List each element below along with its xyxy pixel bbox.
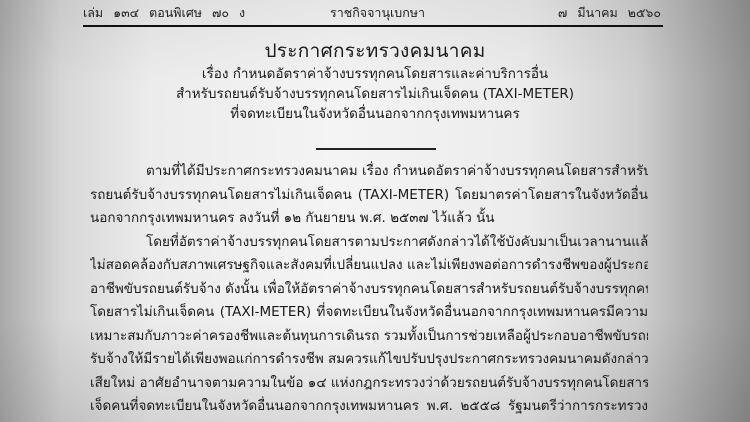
paragraph-1-line: ตามที่ได้มีประกาศกระทรวงคมนาคม เรื่อง กำ…: [90, 160, 648, 184]
paragraph-2-line: รับจ้างให้มีรายได้เพียงพอแก่การดำรงชีพ ส…: [90, 348, 648, 372]
header-date: ๗มีนาคม๒๕๖๐: [548, 2, 661, 24]
paragraph-1-line: รถยนต์รับจ้างบรรทุกคนโดยสารไม่เกินเจ็ดคน…: [90, 184, 648, 208]
section-label: ตอนพิเศษ: [149, 5, 202, 20]
volume-number: ๑๓๔: [113, 5, 139, 20]
announcement-body: ตามที่ได้มีประกาศกระทรวงคมนาคม เรื่อง กำ…: [90, 160, 648, 419]
announcement-title-block: ประกาศกระทรวงคมนาคม เรื่อง กำหนดอัตราค่า…: [90, 38, 660, 124]
paragraph-2-line: โดยที่อัตราค่าจ้างบรรทุกคนโดยสารตามประกา…: [90, 231, 648, 255]
publication-name: ราชกิจจานุเบกษา: [330, 2, 425, 24]
gazette-header: เล่ม๑๓๔ตอนพิเศษ๗๐ง ราชกิจจานุเบกษา ๗มีนา…: [83, 2, 663, 24]
paragraph-2-line: โดยสารไม่เกินเจ็ดคน (TAXI-METER) ที่จดทะ…: [90, 301, 648, 325]
paragraph-2-line: เจ็ดคนที่จดทะเบียนในจังหวัดอื่นนอกจากกรุ…: [90, 395, 648, 419]
header-rule: [83, 25, 663, 27]
date-day: ๗: [558, 5, 567, 20]
section-number: ๗๐: [212, 5, 229, 20]
paragraph-2-line: ไม่สอดคล้องกับสภาพเศรษฐกิจและสังคมที่เปล…: [90, 254, 648, 278]
announcement-title: ประกาศกระทรวงคมนาคม: [90, 38, 660, 64]
paragraph-1-line: นอกจากกรุงเทพมหานคร ลงวันที่ ๑๒ กันยายน …: [90, 207, 648, 231]
date-month: มีนาคม: [577, 5, 617, 20]
subject-line: ที่จดทะเบียนในจังหวัดอื่นนอกจากกรุงเทพมห…: [90, 104, 660, 124]
subject-line: เรื่อง กำหนดอัตราค่าจ้างบรรทุกคนโดยสารแล…: [90, 64, 660, 84]
title-separator-rule: [316, 148, 436, 150]
subject-line: สำหรับรถยนต์รับจ้างบรรทุกคนโดยสารไม่เกิน…: [90, 84, 660, 104]
paragraph-2-line: เสียใหม่ อาศัยอำนาจตามความในข้อ ๑๔ แห่งก…: [90, 372, 648, 396]
section-letter: ง: [239, 5, 245, 20]
paragraph-2-line: อาชีพขับรถยนต์รับจ้าง ดังนั้น เพื่อให้อั…: [90, 278, 648, 302]
volume-label: เล่ม: [83, 5, 103, 20]
header-issue-info: เล่ม๑๓๔ตอนพิเศษ๗๐ง: [83, 2, 255, 24]
paragraph-2-line: เหมาะสมกับภาวะค่าครองชีพและต้นทุนการเดิน…: [90, 325, 648, 349]
date-year: ๒๕๖๐: [628, 5, 661, 20]
